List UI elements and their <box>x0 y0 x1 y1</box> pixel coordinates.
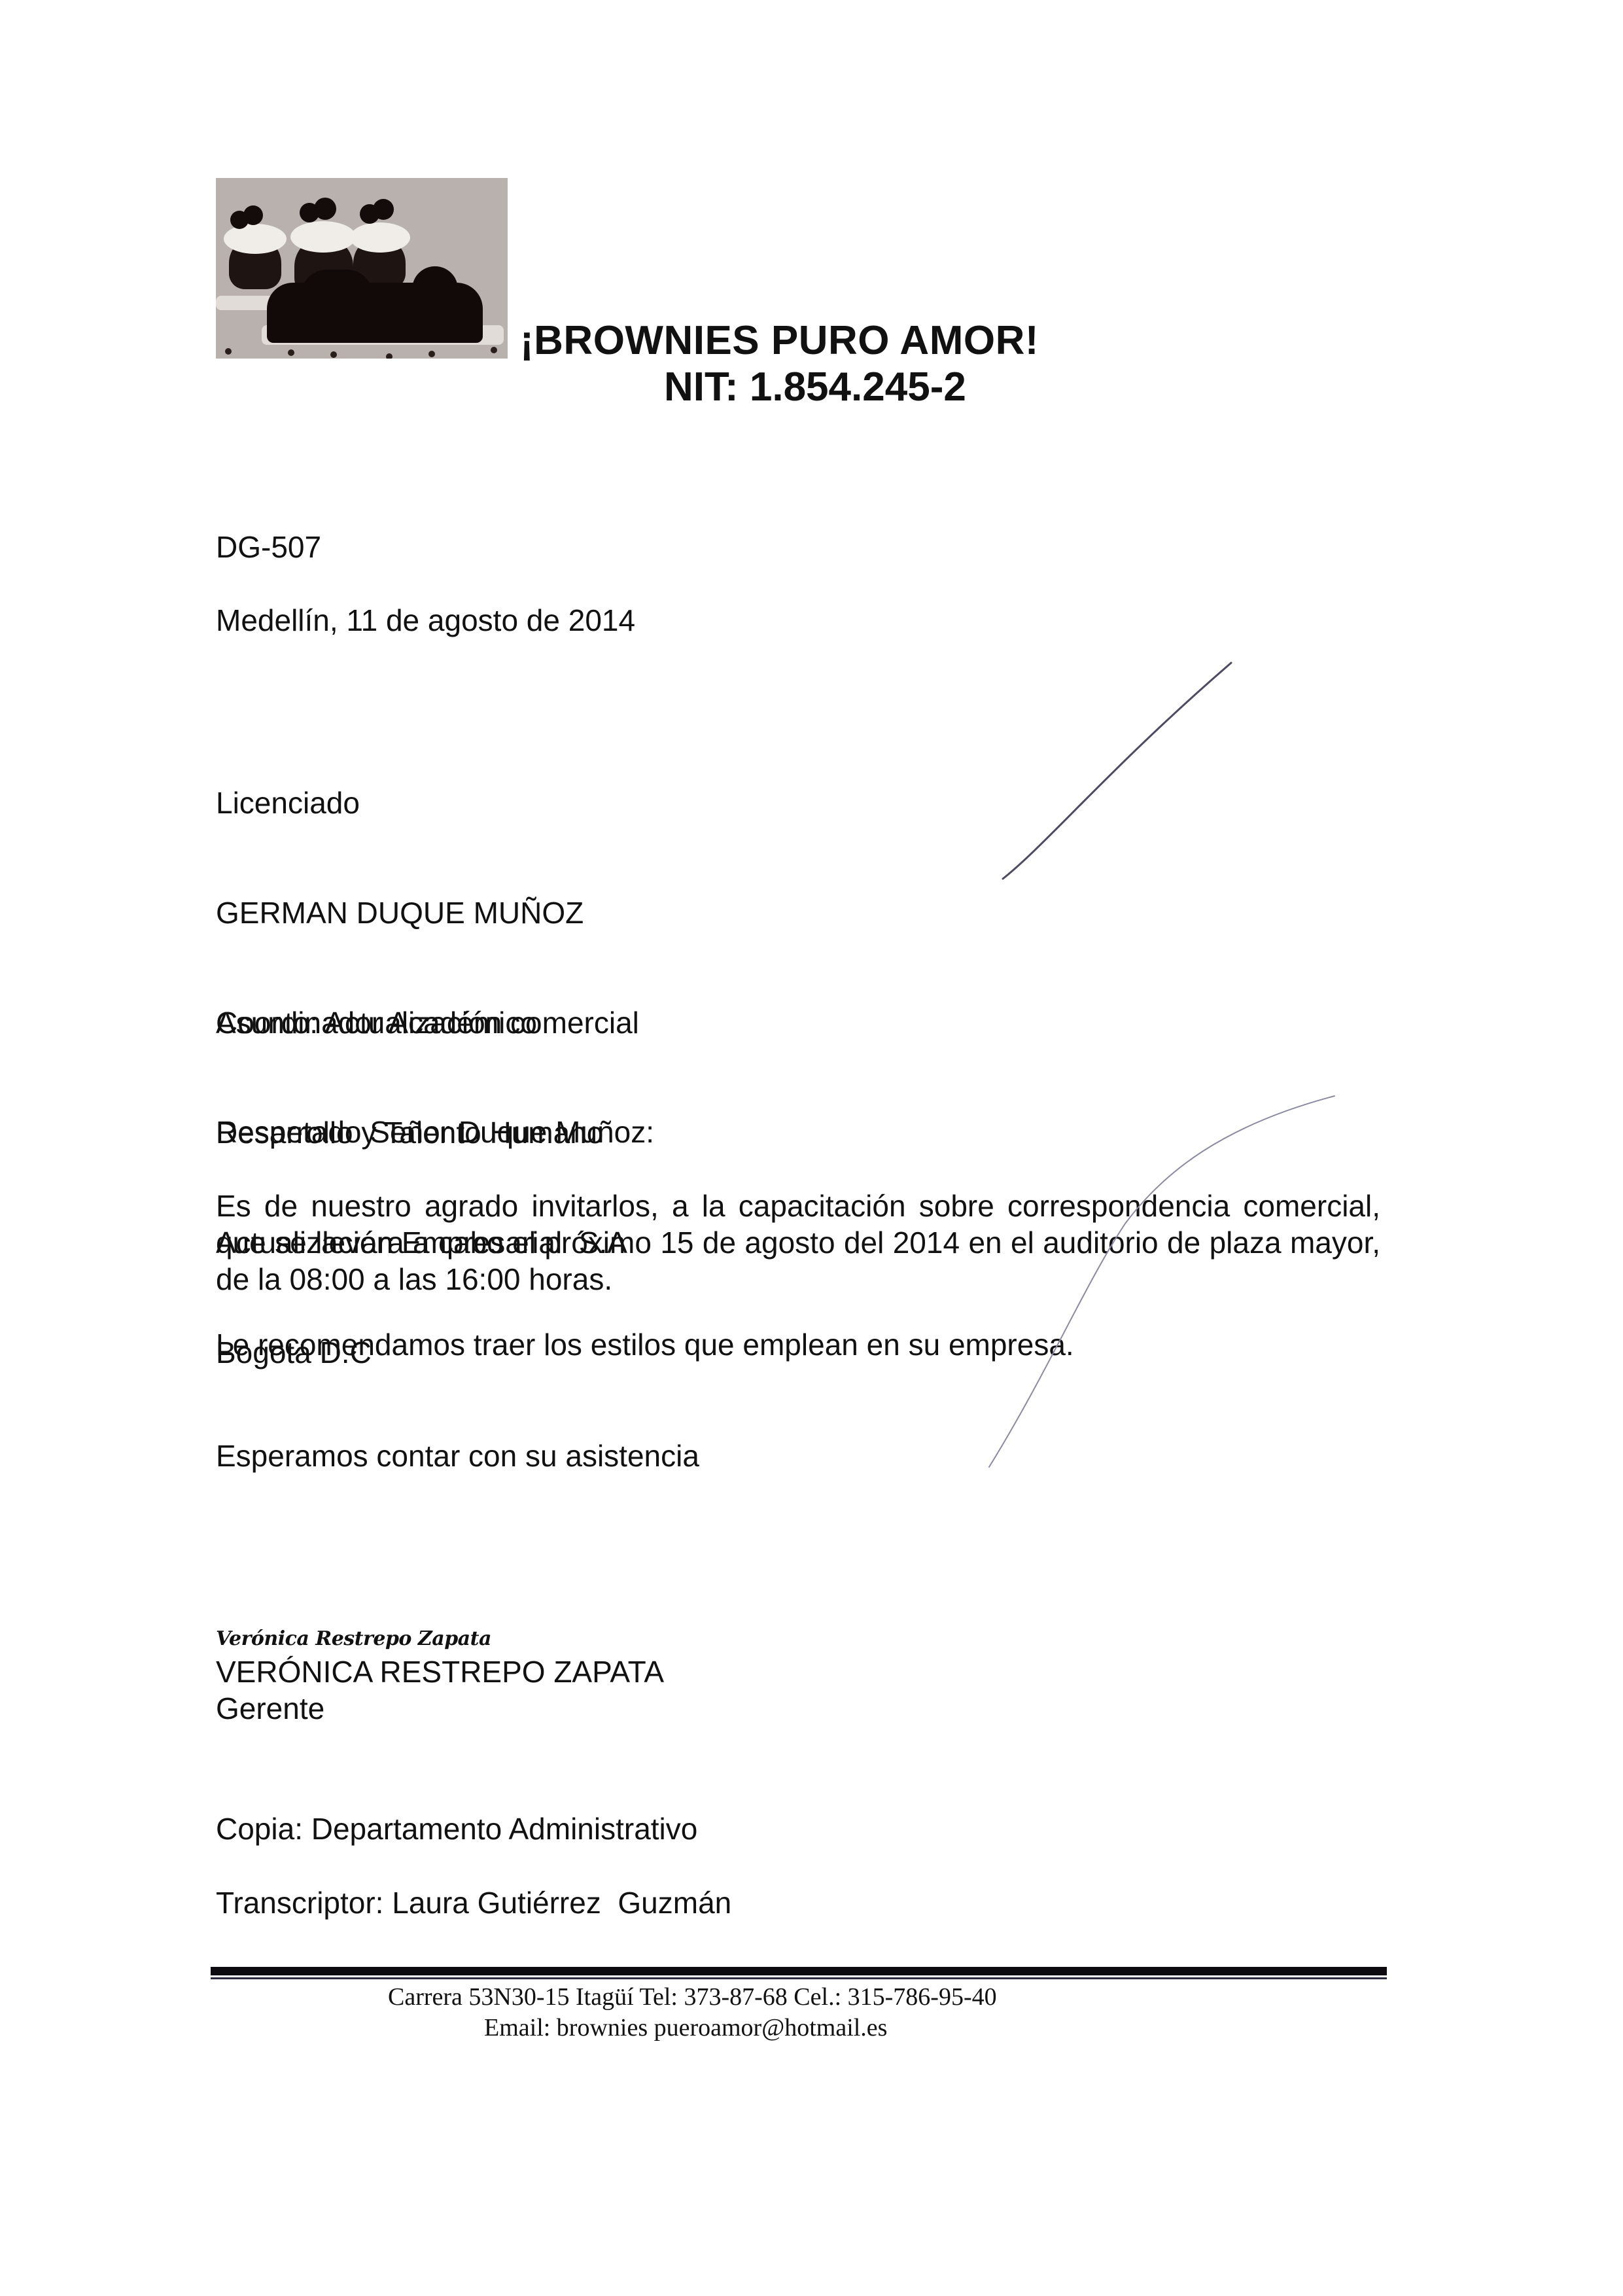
place-date: Medellín, 11 de agosto de 2014 <box>216 602 635 639</box>
recipient-title: Licenciado <box>216 785 627 821</box>
closing-line: Esperamos contar con su asistencia <box>216 1438 699 1474</box>
brownies-photo-icon <box>216 178 508 359</box>
company-name: ¡BROWNIES PURO AMOR! <box>520 317 1039 364</box>
signer-role: Gerente <box>216 1690 324 1727</box>
company-nit: NIT: 1.854.245-2 <box>664 364 966 410</box>
footer-address: Carrera 53N30-15 Itagüí Tel: 373-87-68 C… <box>388 1983 997 2011</box>
signature-script: Verónica Restrepo Zapata <box>216 1627 491 1650</box>
body-paragraph: Es de nuestro agrado invitarlos, a la ca… <box>216 1188 1380 1298</box>
subject-line: Asunto: Actualización comercial <box>216 1004 639 1041</box>
recipient-block: Licenciado GERMAN DUQUE MUÑOZ Coordinado… <box>216 711 627 1407</box>
footer-email: Email: brownies pueroamor@hotmail.es <box>484 2013 887 2042</box>
recommendation-line: Le recomendamos traer los estilos que em… <box>216 1326 1074 1363</box>
copy-line: Copia: Departamento Administrativo <box>216 1810 697 1847</box>
signer-name: VERÓNICA RESTREPO ZAPATA <box>216 1653 664 1690</box>
footer-divider <box>211 1967 1387 1975</box>
pen-stroke-upper <box>1003 663 1231 879</box>
transcriber-line: Transcriptor: Laura Gutiérrez Guzmán <box>216 1884 731 1921</box>
reference-code: DG-507 <box>216 529 321 565</box>
recipient-name: GERMAN DUQUE MUÑOZ <box>216 894 627 931</box>
footer-divider-thin <box>211 1977 1387 1979</box>
salutation: Respetado Señor Duque Muñoz: <box>216 1114 654 1150</box>
